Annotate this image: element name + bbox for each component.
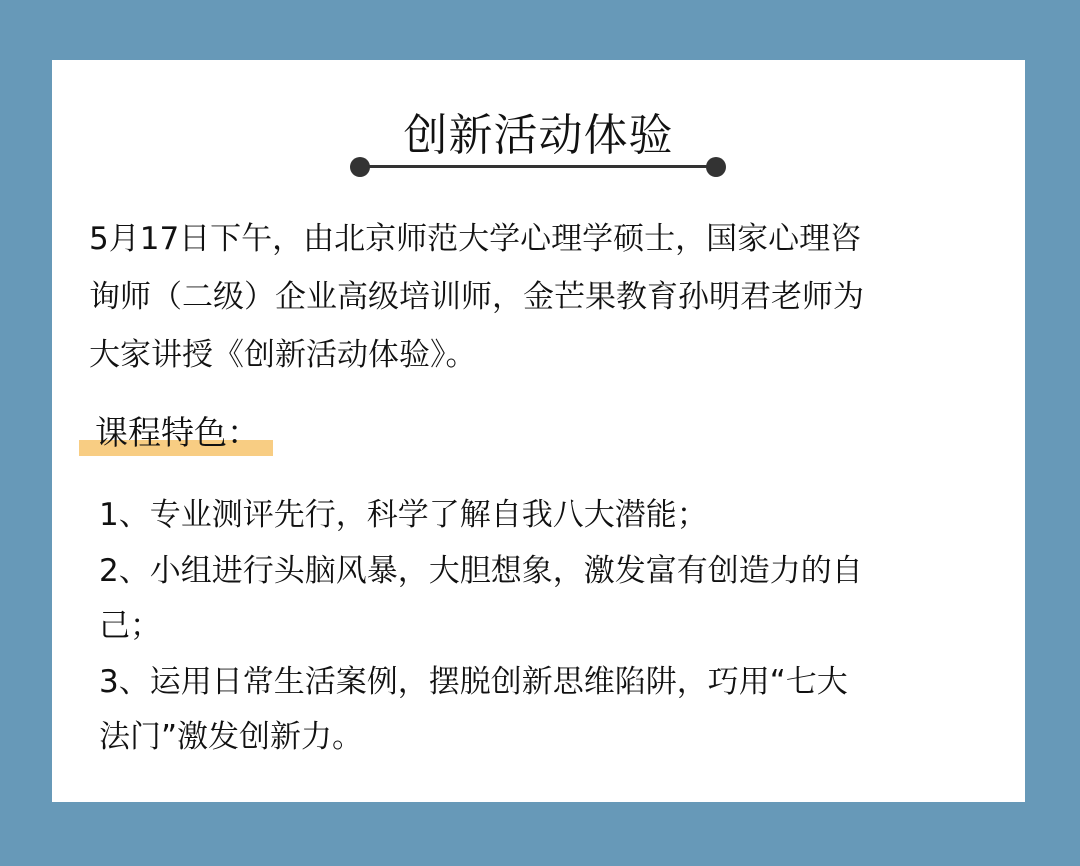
intro-line: 询师（二级）企业高级培训师，金芒果教育孙明君老师为	[89, 268, 979, 326]
intro-line: 5月17日下午，由北京师范大学心理学硕士，国家心理咨	[89, 210, 979, 268]
feature-line: 3、运用日常生活案例，摆脱创新思维陷阱，巧用“七大	[99, 655, 979, 711]
title-divider	[350, 157, 726, 177]
intro-line: 大家讲授《创新活动体验》。	[89, 326, 979, 384]
feature-line: 法门”激发创新力。	[99, 710, 979, 766]
divider-dot-right-icon	[706, 157, 726, 177]
page-title: 创新活动体验	[52, 110, 1025, 162]
feature-line: 1、专业测评先行，科学了解自我八大潜能；	[99, 488, 979, 544]
section-heading: 课程特色：	[79, 410, 260, 460]
section-heading-text: 课程特色：	[79, 410, 260, 456]
feature-line: 己；	[99, 599, 979, 655]
divider-line	[360, 165, 716, 168]
features-list: 1、专业测评先行，科学了解自我八大潜能； 2、小组进行头脑风暴，大胆想象，激发富…	[99, 488, 979, 766]
intro-paragraph: 5月17日下午，由北京师范大学心理学硕士，国家心理咨 询师（二级）企业高级培训师…	[89, 210, 979, 384]
feature-line: 2、小组进行头脑风暴，大胆想象，激发富有创造力的自	[99, 544, 979, 600]
content-card: 创新活动体验 5月17日下午，由北京师范大学心理学硕士，国家心理咨 询师（二级）…	[52, 60, 1025, 802]
